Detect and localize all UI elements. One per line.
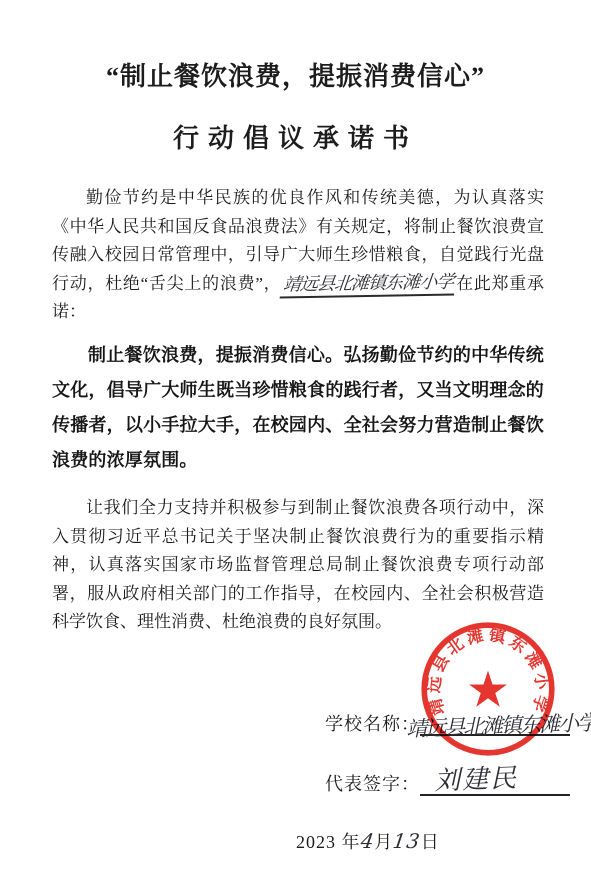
representative-signature-row: 代表签字：刘建民 <box>325 770 570 796</box>
pledge-document-page: “制止餐饮浪费，提振消费信心” 行动倡议承诺书 勤俭节约是中华民族的优良作风和传… <box>0 0 591 886</box>
paragraph-pledge-bold: 制止餐饮浪费，提振消费信心。弘扬勤俭节约的中华传统文化，倡导广大师生既当珍惜粮食… <box>52 338 544 478</box>
representative-underline: 刘建民 <box>420 770 570 796</box>
paragraph-intro: 勤俭节约是中华民族的优良作风和传统美德，为认真落实《中华人民共和国反食品浪费法》… <box>52 184 544 327</box>
handwritten-representative-signature: 刘建民 <box>433 758 518 798</box>
stamp-star-icon: ★ <box>466 660 510 718</box>
date-day-suffix: 日 <box>421 832 440 852</box>
handwritten-school-name-inline: 靖远县北滩镇东滩小学 <box>280 272 457 298</box>
date-month-suffix: 月 <box>374 832 393 852</box>
official-seal-stamp: 靖远县北滩镇东滩小学 ★ <box>416 617 560 761</box>
document-title-line2: 行动倡议承诺书 <box>0 118 591 155</box>
handwritten-date-day: 13 <box>392 829 423 853</box>
date-line: 2023 年4月13日 <box>296 828 440 854</box>
date-year-text: 2023 年 <box>296 832 361 852</box>
paragraph-action: 让我们全力支持并积极参与到制止餐饮浪费各项行动中，深入贯彻习近平总书记关于坚决制… <box>52 494 544 637</box>
document-title-line1: “制止餐饮浪费，提振消费信心” <box>0 56 591 93</box>
representative-label: 代表签字： <box>325 774 420 794</box>
handwritten-date-month: 4 <box>359 829 376 853</box>
